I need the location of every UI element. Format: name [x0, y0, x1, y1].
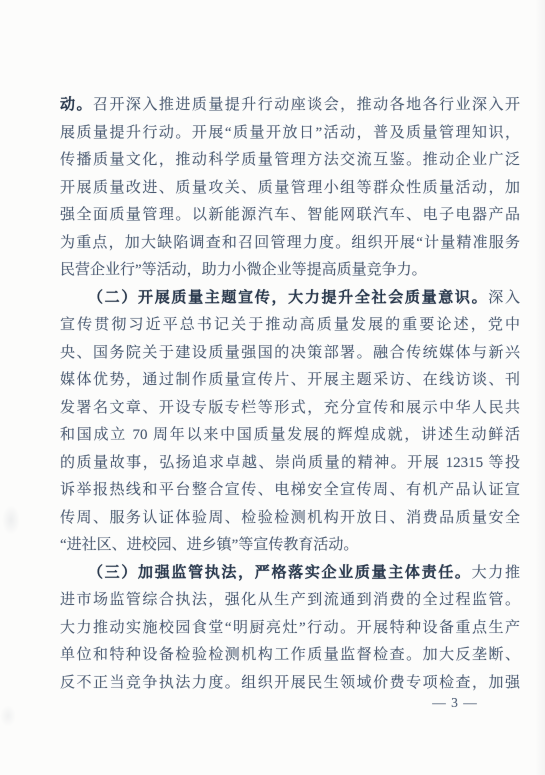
document-text-block: 动。召开深入推进质量提升行动座谈会，推动各地各行业深入开展质量提升行动。开展“质… [60, 92, 520, 697]
text-line: 为重点，加大缺陷调查和召回管理力度。组织开展“计量精准服务 [60, 230, 520, 258]
text-segment: 媒体优势，通过制作质量宣传片、开展主题采访、在线访谈、刊 [60, 372, 520, 388]
text-segment: 大力推动实施校园食堂“明厨亮灶”行动。开展特种设备重点生产 [60, 620, 520, 636]
text-segment: 强全面质量管理。以新能源汽车、智能网联汽车、电子电器产品 [60, 207, 520, 223]
document-page: 动。召开深入推进质量提升行动座谈会，推动各地各行业深入开展质量提升行动。开展“质… [0, 0, 545, 775]
bold-text-segment: （二）开展质量主题宣传，大力提升全社会质量意识。 [88, 290, 488, 306]
bold-text-segment: （三）加强监管执法，严格落实企业质量主体责任。 [88, 565, 472, 581]
text-line: 发署名文章、开设专版专栏等形式，充分宣传和展示中华人民共 [60, 395, 520, 423]
scan-artifact [2, 505, 20, 535]
text-line: 反不正当竞争执法力度。组织开展民生领域价费专项检查，加强 [60, 670, 520, 698]
text-segment: 央、国务院关于建设质量强国的决策部署。融合传统媒体与新兴 [60, 345, 520, 361]
text-segment: 诉举报热线和平台整合宣传、电梯安全宣传周、有机产品认证宣 [60, 482, 520, 498]
text-segment: “进社区、进校园、进乡镇”等宣传教育活动。 [60, 537, 358, 553]
text-line: （三）加强监管执法，严格落实企业质量主体责任。大力推 [60, 560, 520, 588]
text-segment: 反不正当竞争执法力度。组织开展民生领域价费专项检查，加强 [60, 675, 520, 691]
text-segment: 民营企业行”等活动，助力小微企业等提高质量竞争力。 [60, 262, 427, 278]
text-segment: 宣传贯彻习近平总书记关于推动高质量发展的重要论述，党中 [60, 317, 520, 333]
text-segment: 和国成立 70 周年以来中国质量发展的辉煌成就，讲述生动鲜活 [60, 427, 520, 443]
text-segment: 大力推 [472, 565, 520, 581]
scan-artifact [0, 705, 16, 727]
text-line: 开展质量改进、质量攻关、质量管理小组等群众性质量活动，加 [60, 175, 520, 203]
text-line: 民营企业行”等活动，助力小微企业等提高质量竞争力。 [60, 257, 520, 285]
text-line: 强全面质量管理。以新能源汽车、智能网联汽车、电子电器产品 [60, 202, 520, 230]
text-segment: 展质量提升行动。开展“质量开放日”活动，普及质量管理知识， [60, 125, 520, 141]
text-segment: 进市场监管综合执法，强化从生产到流通到消费的全过程监管。 [60, 592, 520, 608]
paper-edge-shade [535, 0, 545, 775]
text-line: 诉举报热线和平台整合宣传、电梯安全宣传周、有机产品认证宣 [60, 477, 520, 505]
text-line: 和国成立 70 周年以来中国质量发展的辉煌成就，讲述生动鲜活 [60, 422, 520, 450]
text-segment: 召开深入推进质量提升行动座谈会，推动各地各行业深入开 [93, 97, 520, 113]
text-segment: 发署名文章、开设专版专栏等形式，充分宣传和展示中华人民共 [60, 400, 520, 416]
text-line: 传播质量文化，推动科学质量管理方法交流互鉴。推动企业广泛 [60, 147, 520, 175]
text-segment: 的质量故事，弘扬追求卓越、崇尚质量的精神。开展 12315 等投 [60, 455, 520, 471]
text-segment: 传播质量文化，推动科学质量管理方法交流互鉴。推动企业广泛 [60, 152, 520, 168]
text-line: （二）开展质量主题宣传，大力提升全社会质量意识。深入 [60, 285, 520, 313]
text-segment: 开展质量改进、质量攻关、质量管理小组等群众性质量活动，加 [60, 180, 520, 196]
bold-text-segment: 动。 [60, 97, 93, 113]
page-number: — 3 — [413, 695, 497, 711]
text-segment: 单位和特种设备检验检测机构工作质量监督检查。加大反垄断、 [60, 647, 520, 663]
text-line: 央、国务院关于建设质量强国的决策部署。融合传统媒体与新兴 [60, 340, 520, 368]
text-segment: 传周、服务认证体验周、检验检测机构开放日、消费品质量安全 [60, 510, 520, 526]
text-line: 媒体优势，通过制作质量宣传片、开展主题采访、在线访谈、刊 [60, 367, 520, 395]
text-line: 大力推动实施校园食堂“明厨亮灶”行动。开展特种设备重点生产 [60, 615, 520, 643]
text-segment: 深入 [488, 290, 520, 306]
text-line: 动。召开深入推进质量提升行动座谈会，推动各地各行业深入开 [60, 92, 520, 120]
text-line: 展质量提升行动。开展“质量开放日”活动，普及质量管理知识， [60, 120, 520, 148]
text-line: 进市场监管综合执法，强化从生产到流通到消费的全过程监管。 [60, 587, 520, 615]
text-line: 的质量故事，弘扬追求卓越、崇尚质量的精神。开展 12315 等投 [60, 450, 520, 478]
text-line: 宣传贯彻习近平总书记关于推动高质量发展的重要论述，党中 [60, 312, 520, 340]
text-line: 单位和特种设备检验检测机构工作质量监督检查。加大反垄断、 [60, 642, 520, 670]
text-line: 传周、服务认证体验周、检验检测机构开放日、消费品质量安全 [60, 505, 520, 533]
text-line: “进社区、进校园、进乡镇”等宣传教育活动。 [60, 532, 520, 560]
text-segment: 为重点，加大缺陷调查和召回管理力度。组织开展“计量精准服务 [60, 235, 520, 251]
